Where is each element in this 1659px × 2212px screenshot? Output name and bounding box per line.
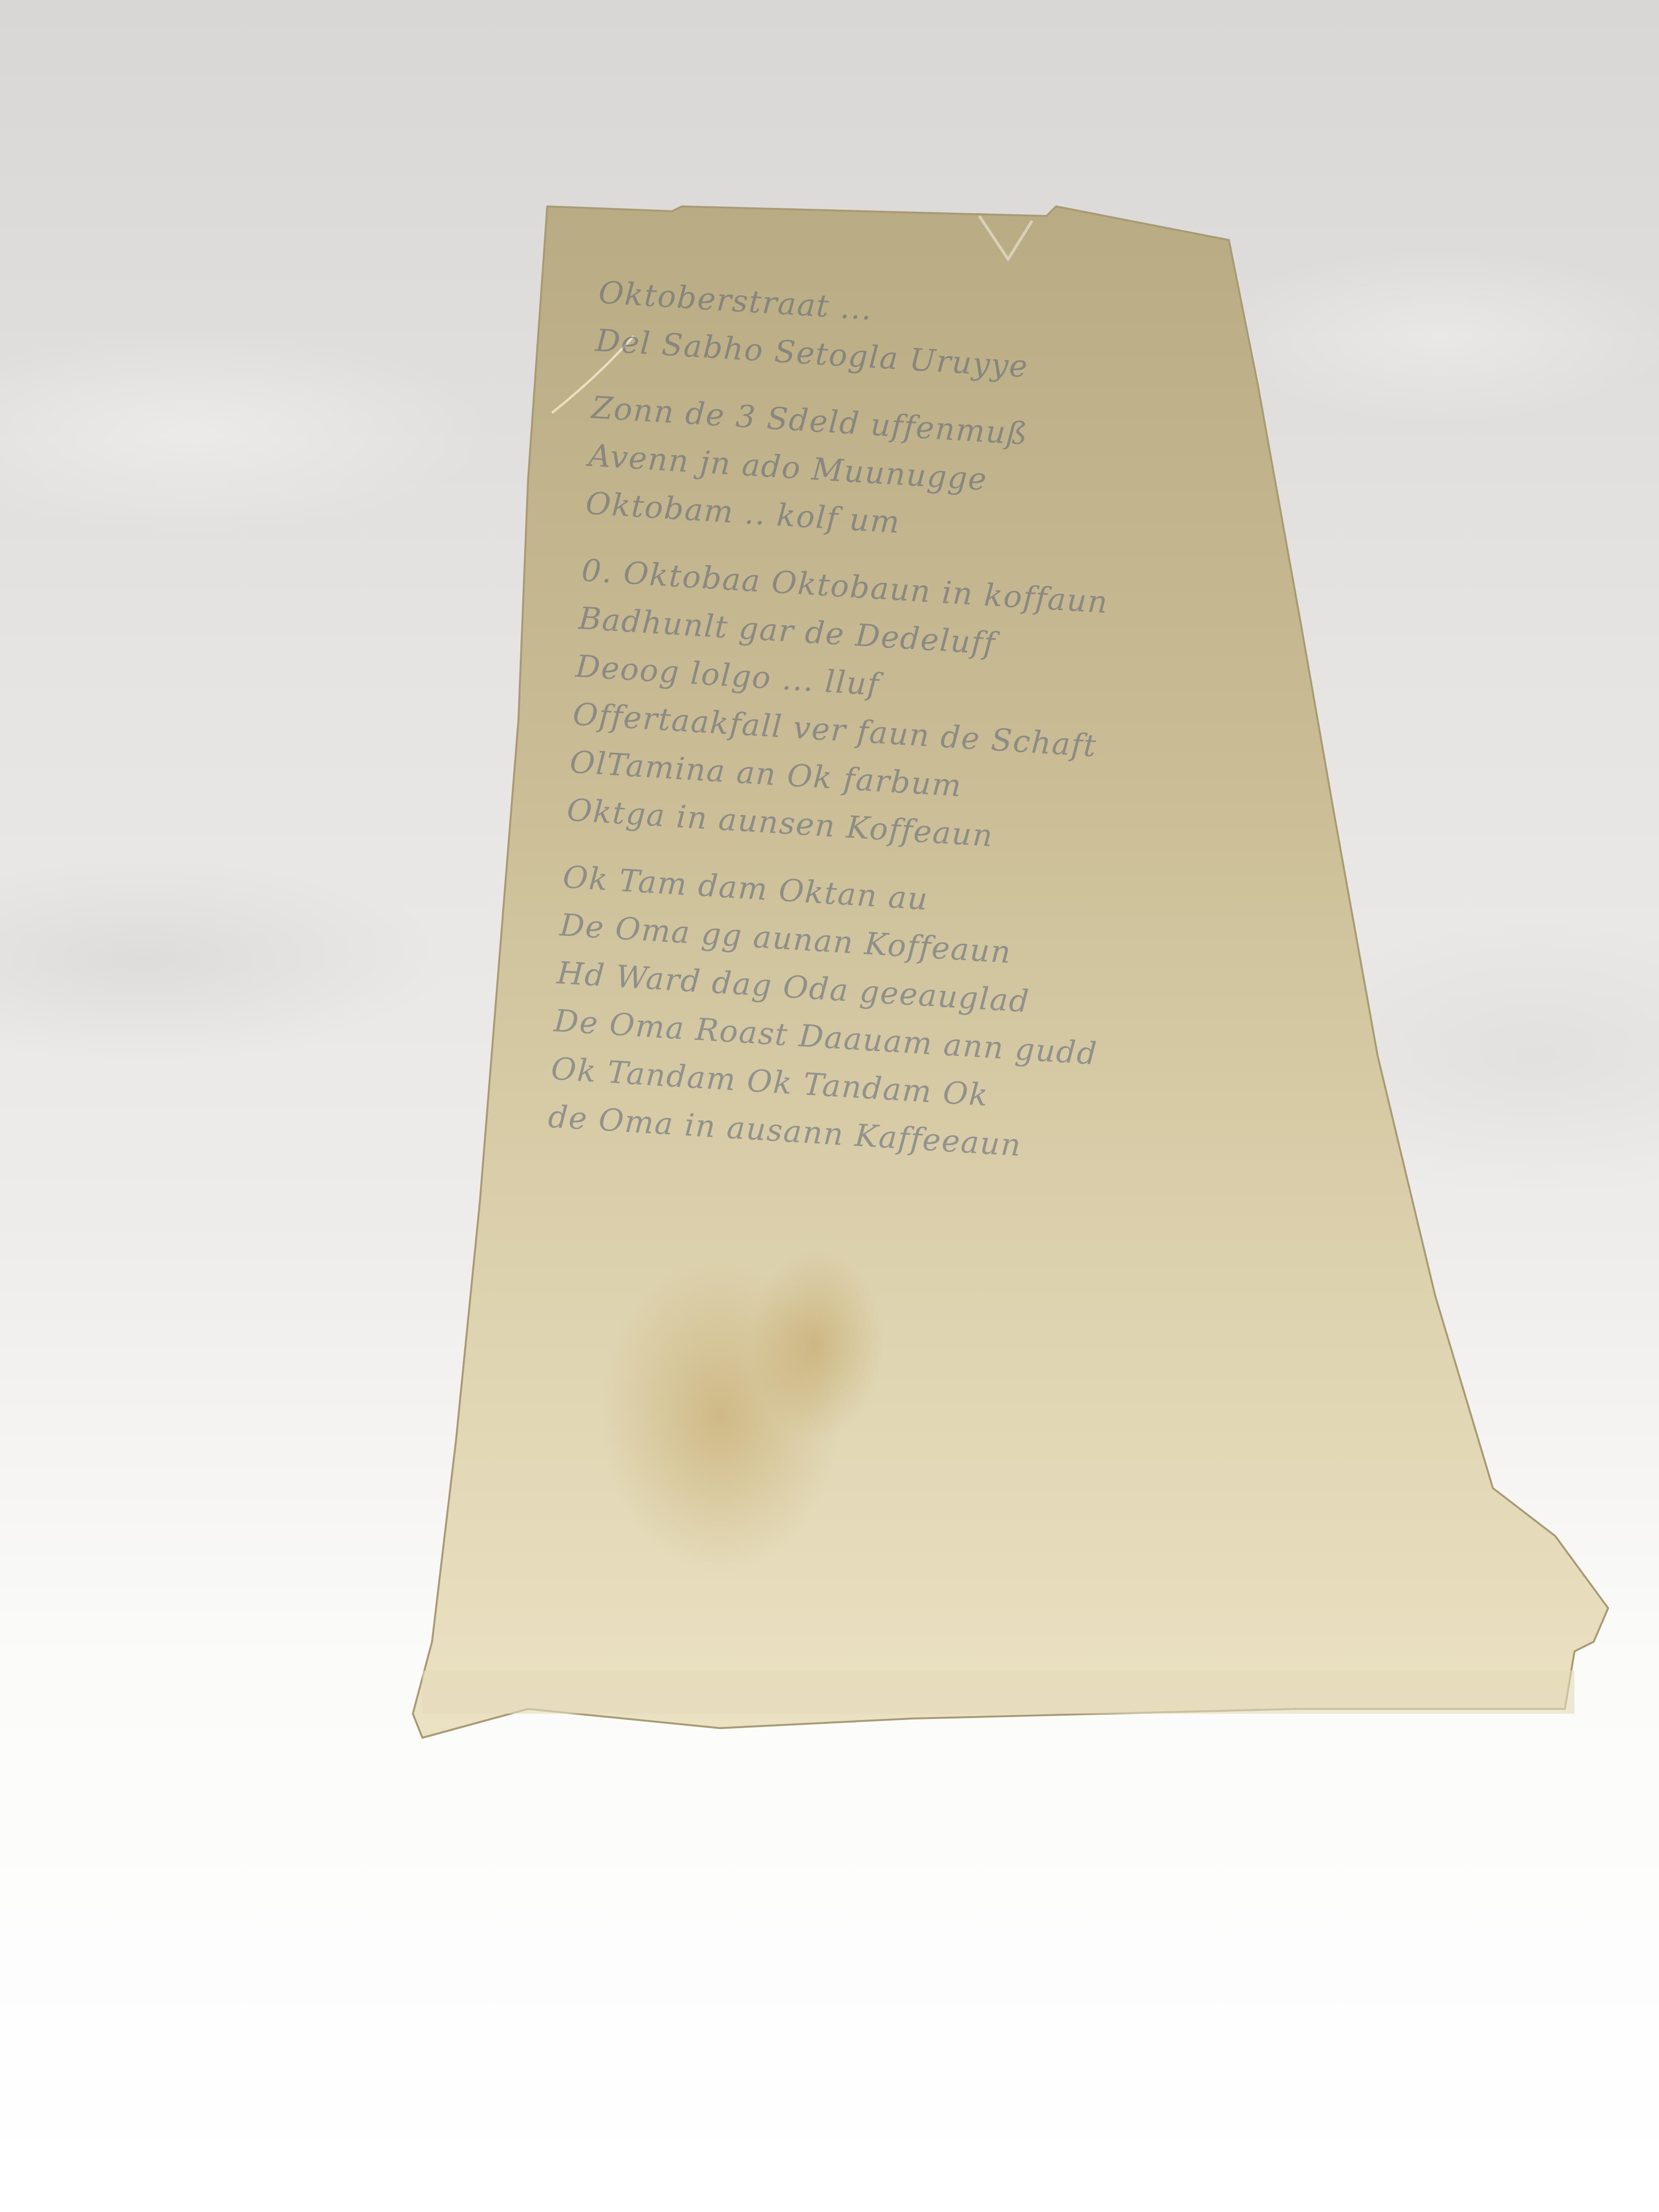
handwritten-pencil-text: Oktoberstraat ... Del Sabho Setogla Uruy… xyxy=(547,269,1367,1188)
